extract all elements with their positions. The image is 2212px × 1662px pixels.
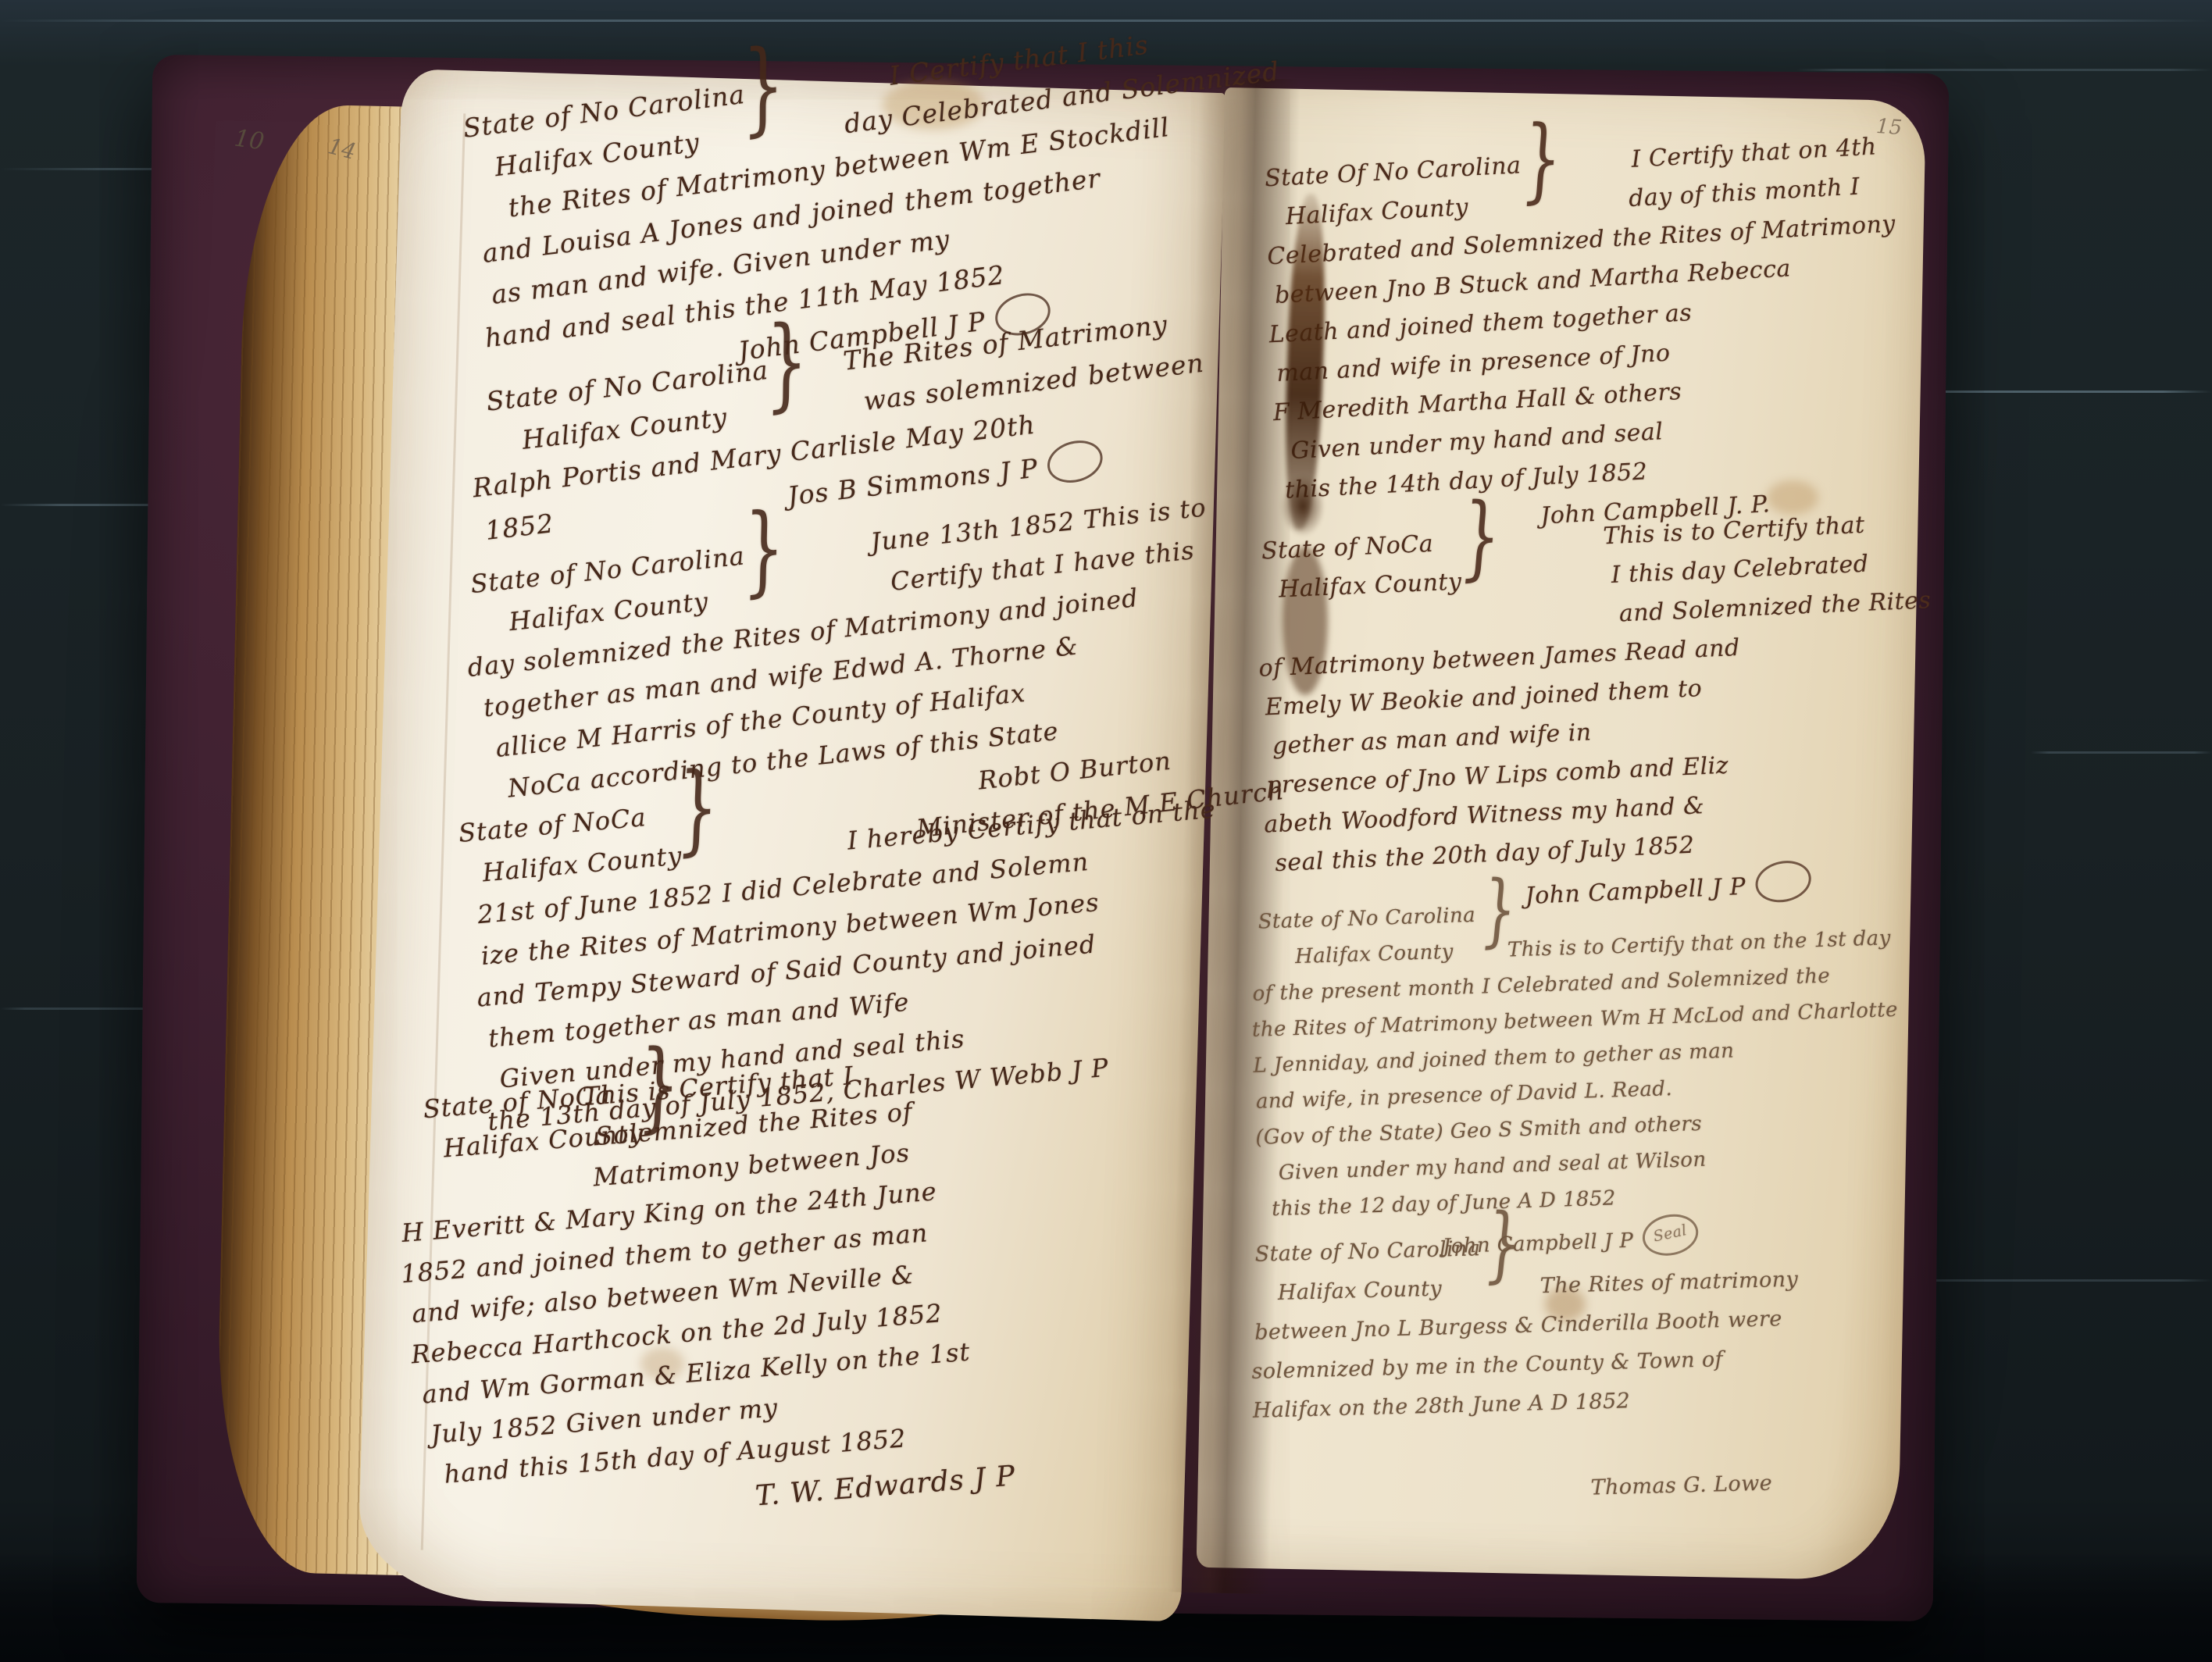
entry-heading: State of No Carolina Halifax County } [1258, 897, 1477, 976]
entry-heading: State of No Carolina Halifax County } [1254, 1229, 1482, 1314]
entry-line: The Rites of matrimony [1539, 1218, 1937, 1306]
manuscript-photo: 10 14 15 State of No Carolina Halifax Co… [0, 0, 2212, 1662]
page-number-under-leaf: 10 [233, 125, 266, 156]
brace-glyph: } [740, 516, 788, 583]
ink-smear [1272, 462, 1334, 550]
brace-glyph: } [1485, 1214, 1522, 1273]
brace-glyph: } [1481, 883, 1517, 937]
record-entry: State of NoCa Halifax County } This is t… [1251, 503, 1946, 927]
brace-glyph: } [674, 776, 722, 841]
entry-county: Halifax County [1277, 1268, 1482, 1313]
record-entry: State of NoCa Halifax County } This is C… [387, 1026, 1255, 1543]
brace-glyph: } [636, 1054, 683, 1118]
entry-county: Halifax County [1294, 933, 1477, 975]
brace-glyph: } [1521, 130, 1563, 191]
brace-glyph: } [1460, 508, 1501, 568]
surface-stripe [1796, 69, 2212, 71]
ink-smear [1283, 547, 1328, 695]
entry-heading: State of NoCa Halifax County } [422, 1072, 645, 1171]
entry-line-text: 1852 [483, 508, 555, 546]
record-entry: State Of No Carolina Halifax County } I … [1256, 125, 1947, 550]
brace-glyph: } [737, 53, 788, 121]
signature: Thomas G. Lowe [1589, 1413, 1943, 1508]
entry-state: State of No Carolina [1254, 1229, 1481, 1275]
record-entry: State of No Carolina Halifax County } Th… [1248, 1218, 1943, 1517]
entry-line: This is to Certify that on the 1st day [1506, 883, 1938, 968]
record-entry: State of No Carolina Halifax County } Th… [1248, 883, 1946, 1270]
surface-stripe [2031, 751, 2212, 754]
brace-glyph: } [762, 330, 812, 398]
surface-stripe [0, 20, 2212, 22]
